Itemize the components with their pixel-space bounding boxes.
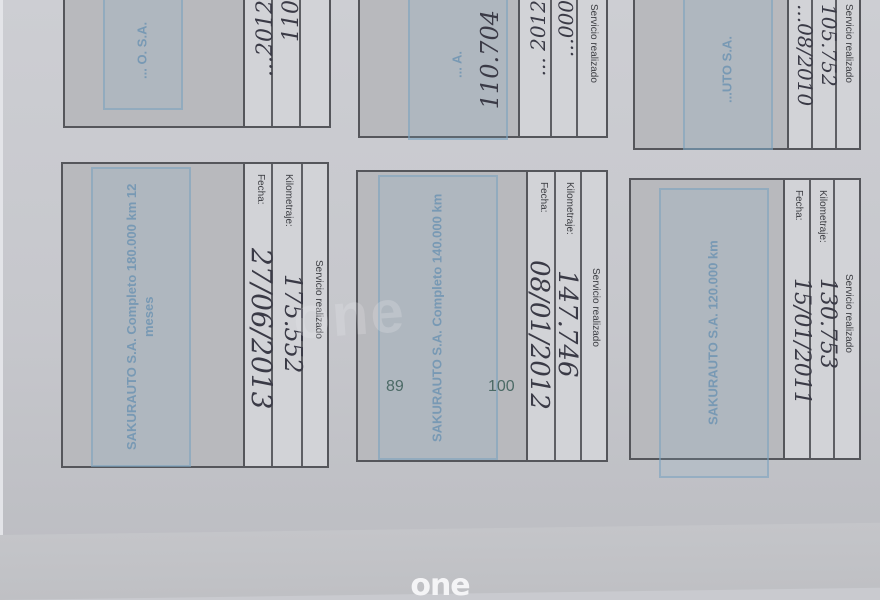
service-card-bottom-right: SAKURAUTO S.A. 120.000 km Fecha: Kilomet… (629, 178, 861, 460)
mileage-value: ...000 (554, 0, 578, 57)
dealer-stamp: ... O. S.A. (103, 0, 183, 110)
dealer-stamp: SAKURAUTO S.A. Completo 180.000 km 12 me… (91, 167, 191, 467)
date-value: 27/06/2013 (245, 248, 278, 409)
dealer-stamp: ...UTO S.A. (683, 0, 773, 150)
service-label: Servicio realizado (590, 268, 601, 347)
date-value: ...08/2010 (793, 4, 817, 106)
date-value: ... 2012 (526, 0, 550, 76)
service-label: Servicio realizado (843, 274, 854, 353)
service-card-top-middle: ... A. 110.704 ... 2012 ...000 Servicio … (358, 0, 608, 138)
service-card-bottom-left: SAKURAUTO S.A. Completo 180.000 km 12 me… (61, 162, 329, 468)
overlay-label-100: 100 (488, 378, 515, 396)
service-card-top-left: ... O. S.A. ...2012 110 (63, 0, 331, 128)
brand-logo: one (0, 568, 880, 600)
mileage-label: Kilometraje: (817, 190, 828, 243)
service-label: Servicio realizado (588, 4, 599, 83)
overlay-label-89: 89 (386, 378, 404, 396)
service-book-page: ... O. S.A. ...2012 110 ... A. 110.704 .… (0, 0, 880, 545)
mileage-value: 147.746 (552, 270, 582, 378)
watermark: one (291, 276, 408, 353)
mileage-label: Kilometraje: (283, 174, 294, 227)
date-label: Fecha: (793, 190, 804, 221)
mileage-value: 130.753 (815, 278, 840, 369)
mileage-value: 105.752 (817, 4, 841, 87)
service-label: Servicio realizado (843, 4, 854, 83)
handwritten-mileage-extra: 110.704 (476, 10, 504, 109)
date-value: 15/01/2011 (789, 278, 814, 405)
service-card-top-right: ...UTO S.A. ...08/2010 105.752 Servicio … (633, 0, 861, 150)
dealer-stamp: SAKURAUTO S.A. 120.000 km (659, 188, 769, 478)
date-label: Fecha: (538, 182, 549, 213)
mileage-value: 110 (279, 0, 304, 42)
mileage-label: Kilometraje: (564, 182, 575, 235)
date-value: ...2012 (253, 0, 278, 77)
date-label: Fecha: (255, 174, 266, 205)
date-value: 08/01/2012 (524, 260, 554, 410)
